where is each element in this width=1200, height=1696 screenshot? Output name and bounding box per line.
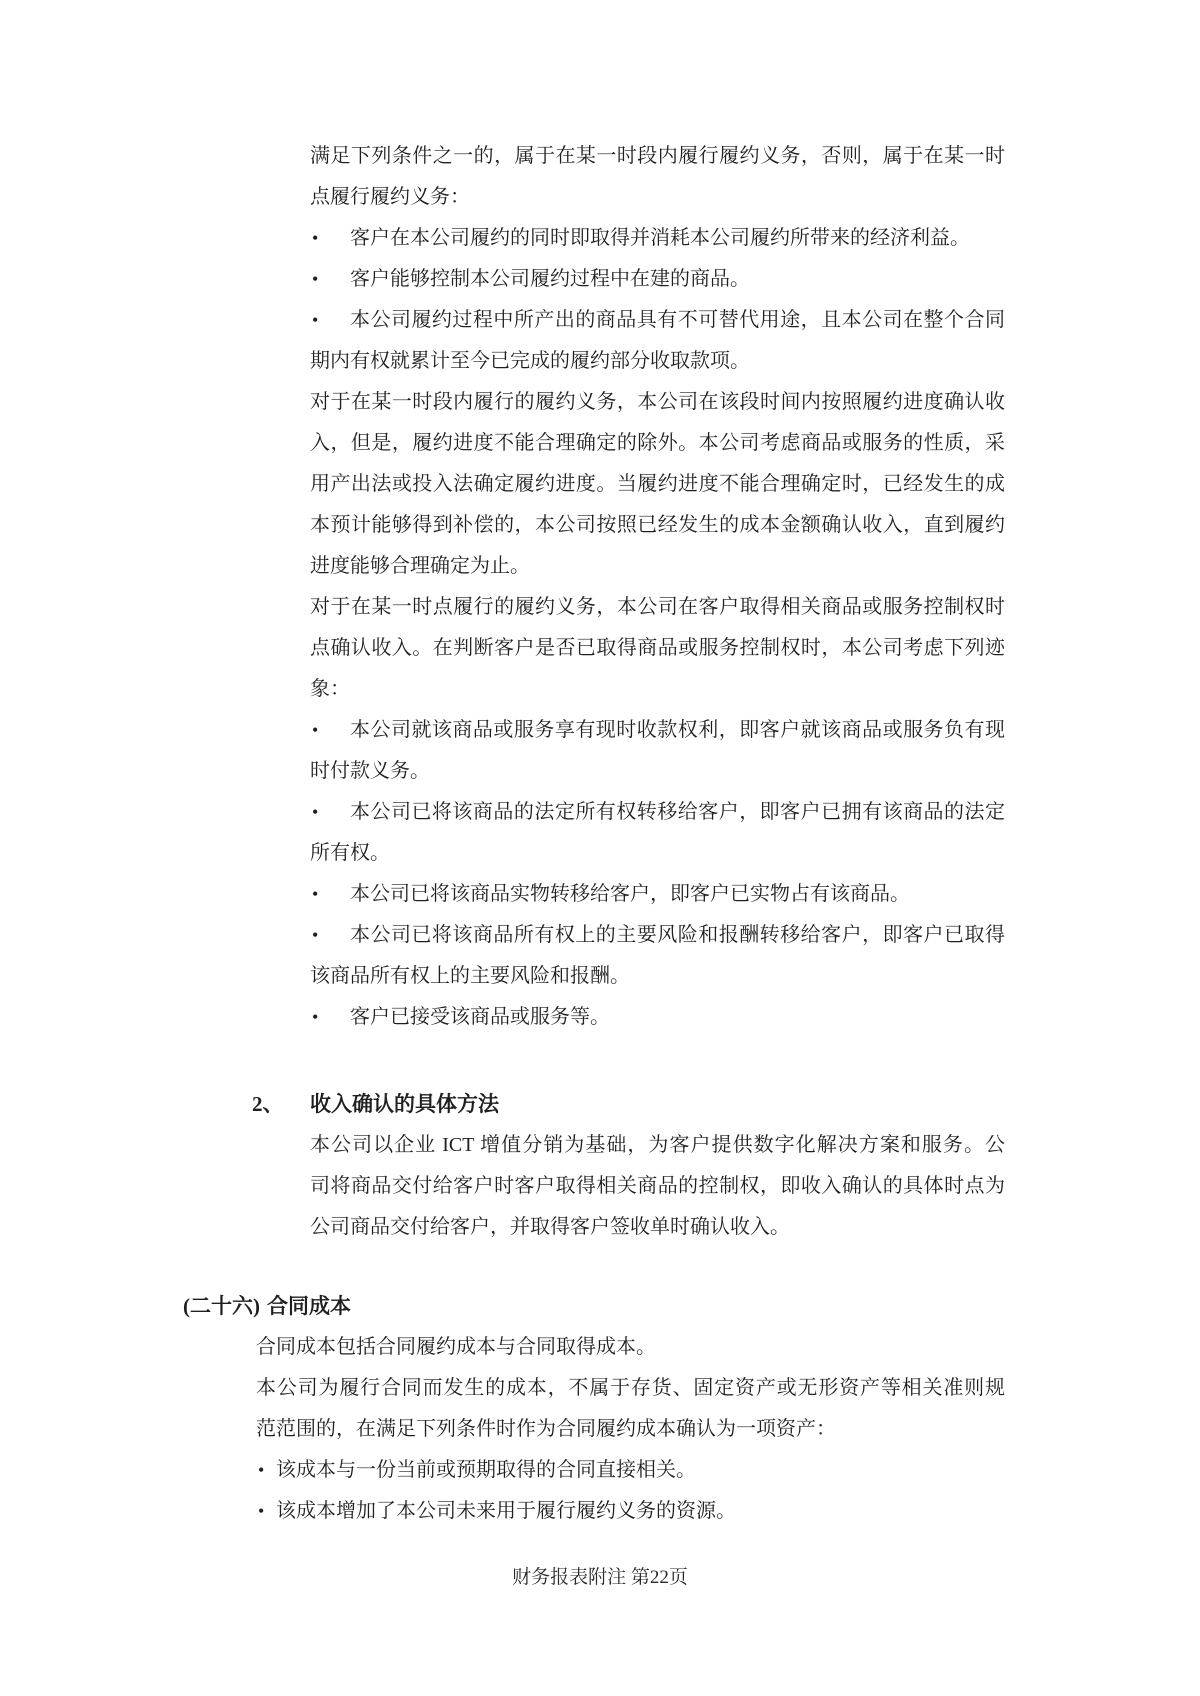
paragraph-line: 公司商品交付给客户，并取得客户签收单时确认收入。 (310, 1207, 1005, 1248)
paragraph-line: 象： (310, 669, 1005, 710)
bullet-line: •本公司已将该商品实物转移给客户，即客户已实物占有该商品。 (310, 874, 1005, 915)
document-page: 满足下列条件之一的，属于在某一时段内履行履约义务，否则，属于在某一时点履行履约义… (0, 0, 1200, 1696)
bullet-line: •本公司已将该商品的法定所有权转移给客户，即客户已拥有该商品的法定 (310, 792, 1005, 833)
paragraph-line: 点确认收入。在判断客户是否已取得商品或服务控制权时，本公司考虑下列迹 (310, 628, 1005, 669)
paragraph-line: 司将商品交付给客户时客户取得相关商品的控制权，即收入确认的具体时点为 (310, 1166, 1005, 1207)
paragraph-line: 对于在某一时点履行的履约义务，本公司在客户取得相关商品或服务控制权时 (310, 587, 1005, 628)
bullet-line: •本公司履约过程中所产出的商品具有不可替代用途，且本公司在整个合同 (310, 300, 1005, 341)
paragraph-line: 时付款义务。 (310, 751, 1005, 792)
bullet-icon: • (258, 1491, 264, 1532)
paragraph-line: 期内有权就累计至今已完成的履约部分收取款项。 (310, 341, 1005, 382)
paragraph-line: 范范围的，在满足下列条件时作为合同履约成本确认为一项资产： (256, 1409, 1005, 1450)
bullet-line: •该成本与一份当前或预期取得的合同直接相关。 (256, 1450, 1005, 1491)
document-body: 满足下列条件之一的，属于在某一时段内履行履约义务，否则，属于在某一时点履行履约义… (0, 136, 1200, 1532)
paragraph-line: 用产出法或投入法确定履约进度。当履约进度不能合理确定时，已经发生的成 (310, 464, 1005, 505)
paragraph-line: 对于在某一时段内履行的履约义务，本公司在该段时间内按照履约进度确认收 (310, 382, 1005, 423)
bullet-icon: • (312, 915, 318, 956)
page-footer: 财务报表附注 第22页 (0, 1565, 1200, 1591)
bullet-text: 该成本与一份当前或预期取得的合同直接相关。 (276, 1459, 696, 1481)
bullet-line: •客户已接受该商品或服务等。 (310, 997, 1005, 1038)
paragraph-line: 本公司为履行合同而发生的成本，不属于存货、固定资产或无形资产等相关准则规 (256, 1368, 1005, 1409)
bullet-text: 本公司已将该商品所有权上的主要风险和报酬转移给客户，即客户已取得 (350, 924, 1005, 946)
bullet-line: •客户在本公司履约的同时即取得并消耗本公司履约所带来的经济利益。 (310, 218, 1005, 259)
paragraph-line: 入，但是，履约进度不能合理确定的除外。本公司考虑商品或服务的性质，采 (310, 423, 1005, 464)
paragraph-line: 本预计能够得到补偿的，本公司按照已经发生的成本金额确认收入，直到履约 (310, 505, 1005, 546)
bullet-text: 本公司已将该商品实物转移给客户，即客户已实物占有该商品。 (350, 883, 910, 905)
bullet-text: 本公司已将该商品的法定所有权转移给客户，即客户已拥有该商品的法定 (350, 801, 1005, 823)
paragraph-line: 合同成本包括合同履约成本与合同取得成本。 (256, 1327, 1005, 1368)
bullet-line: •本公司就该商品或服务享有现时收款权利，即客户就该商品或服务负有现 (310, 710, 1005, 751)
paragraph-line: 该商品所有权上的主要风险和报酬。 (310, 956, 1005, 997)
section-heading: 2、收入确认的具体方法 (252, 1084, 1200, 1125)
bullet-text: 本公司就该商品或服务享有现时收款权利，即客户就该商品或服务负有现 (350, 719, 1005, 741)
paragraph-line: 所有权。 (310, 833, 1005, 874)
bullet-text: 客户能够控制本公司履约过程中在建的商品。 (350, 268, 750, 290)
paragraph-line: 本公司以企业 ICT 增值分销为基础，为客户提供数字化解决方案和服务。公 (310, 1125, 1005, 1166)
paragraph-line: 进度能够合理确定为止。 (310, 546, 1005, 587)
footer-text: 财务报表附注 第22页 (512, 1567, 688, 1588)
bullet-icon: • (312, 710, 318, 751)
bullet-line: •本公司已将该商品所有权上的主要风险和报酬转移给客户，即客户已取得 (310, 915, 1005, 956)
bullet-text: 客户在本公司履约的同时即取得并消耗本公司履约所带来的经济利益。 (350, 227, 970, 249)
bullet-icon: • (312, 300, 318, 341)
bullet-icon: • (312, 874, 318, 915)
section-number: 2、 (252, 1084, 310, 1125)
paragraph-line: 满足下列条件之一的，属于在某一时段内履行履约义务，否则，属于在某一时 (310, 136, 1005, 177)
bullet-icon: • (258, 1450, 264, 1491)
bullet-icon: • (312, 997, 318, 1038)
section-title: 合同成本 (267, 1294, 351, 1318)
bullet-text: 客户已接受该商品或服务等。 (350, 1006, 610, 1028)
section-heading: (二十六)合同成本 (183, 1286, 1200, 1327)
bullet-line: •客户能够控制本公司履约过程中在建的商品。 (310, 259, 1005, 300)
bullet-icon: • (312, 218, 318, 259)
bullet-icon: • (312, 259, 318, 300)
section-number: (二十六) (183, 1286, 267, 1327)
paragraph-line: 点履行履约义务： (310, 177, 1005, 218)
bullet-text: 本公司履约过程中所产出的商品具有不可替代用途，且本公司在整个合同 (350, 309, 1005, 331)
bullet-line: •该成本增加了本公司未来用于履行履约义务的资源。 (256, 1491, 1005, 1532)
section-title: 收入确认的具体方法 (310, 1092, 499, 1116)
bullet-text: 该成本增加了本公司未来用于履行履约义务的资源。 (276, 1500, 736, 1522)
bullet-icon: • (312, 792, 318, 833)
